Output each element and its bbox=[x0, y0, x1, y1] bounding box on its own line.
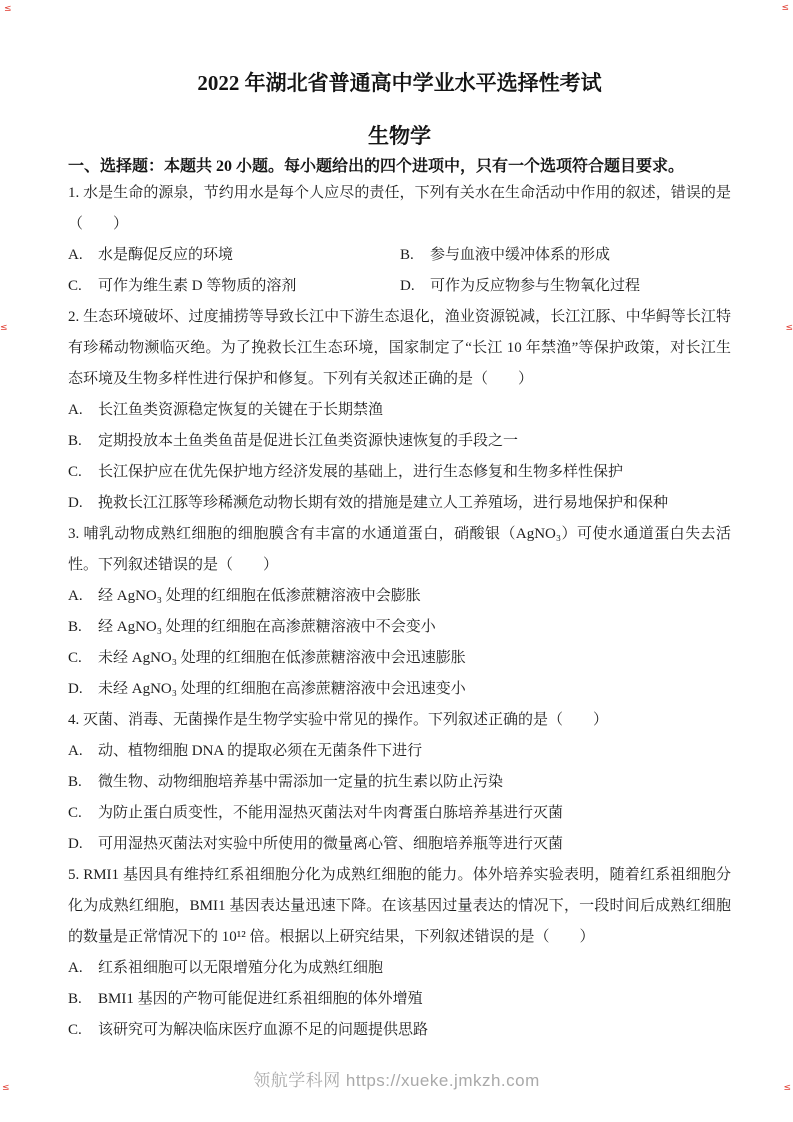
question-2: 2. 生态环境破坏、过度捕捞等导致长江中下游生态退化，渔业资源锐减，长江江豚、中… bbox=[68, 302, 731, 519]
exam-subject-title: 生物学 bbox=[68, 123, 731, 150]
question-4-options: A.动、植物细胞 DNA 的提取必须在无菌条件下进行 B.微生物、动物细胞培养基… bbox=[68, 736, 731, 860]
question-1-option-c: C.可作为维生素 D 等物质的溶剂 bbox=[68, 271, 400, 302]
option-label: B. bbox=[68, 612, 98, 643]
registration-mark-icon: ≤ bbox=[4, 5, 12, 14]
option-label: B. bbox=[400, 240, 430, 271]
question-2-option-d: D.挽救长江江豚等珍稀濒危动物长期有效的措施是建立人工养殖场，进行易地保护和保种 bbox=[68, 488, 731, 519]
option-text: 红系祖细胞可以无限增殖分化为成熟红细胞 bbox=[98, 953, 731, 984]
question-1-option-b: B.参与血液中缓冲体系的形成 bbox=[400, 240, 731, 271]
option-label: C. bbox=[68, 643, 98, 674]
option-label: D. bbox=[400, 271, 430, 302]
option-text: 该研究可为解决临床医疗血源不足的问题提供思路 bbox=[98, 1015, 731, 1046]
option-label: A. bbox=[68, 240, 98, 271]
option-text: 微生物、动物细胞培养基中需添加一定量的抗生素以防止污染 bbox=[98, 767, 731, 798]
question-4: 4. 灭菌、消毒、无菌操作是生物学实验中常见的操作。下列叙述正确的是（ ） A.… bbox=[68, 705, 731, 860]
option-text: 长江鱼类资源稳定恢复的关键在于长期禁渔 bbox=[98, 395, 731, 426]
question-2-option-b: B.定期投放本土鱼类鱼苗是促进长江鱼类资源快速恢复的手段之一 bbox=[68, 426, 731, 457]
question-1-option-a: A.水是酶促反应的环境 bbox=[68, 240, 400, 271]
registration-mark-icon: ≤ bbox=[781, 4, 789, 13]
option-label: C. bbox=[68, 1015, 98, 1046]
question-3-option-d: D.未经 AgNO₃ 处理的红细胞在高渗蔗糖溶液中会迅速变小 bbox=[68, 674, 731, 705]
option-text: 经 AgNO₃ 处理的红细胞在高渗蔗糖溶液中不会变小 bbox=[98, 612, 731, 643]
question-5-stem: 5. RMI1 基因具有维持红系祖细胞分化为成熟红细胞的能力。体外培养实验表明，… bbox=[68, 860, 731, 953]
question-5-option-b: B.BMI1 基因的产物可能促进红系祖细胞的体外增殖 bbox=[68, 984, 731, 1015]
option-label: B. bbox=[68, 767, 98, 798]
option-text: 可作为维生素 D 等物质的溶剂 bbox=[98, 271, 400, 302]
option-text: BMI1 基因的产物可能促进红系祖细胞的体外增殖 bbox=[98, 984, 731, 1015]
option-text: 未经 AgNO₃ 处理的红细胞在低渗蔗糖溶液中会迅速膨胀 bbox=[98, 643, 731, 674]
option-label: A. bbox=[68, 953, 98, 984]
option-text: 长江保护应在优先保护地方经济发展的基础上，进行生态修复和生物多样性保护 bbox=[98, 457, 731, 488]
option-label: D. bbox=[68, 674, 98, 705]
option-label: A. bbox=[68, 395, 98, 426]
question-2-stem: 2. 生态环境破坏、过度捕捞等导致长江中下游生态退化，渔业资源锐减，长江江豚、中… bbox=[68, 302, 731, 395]
registration-mark-icon: ≤ bbox=[785, 324, 793, 333]
question-3-option-a: A.经 AgNO₃ 处理的红细胞在低渗蔗糖溶液中会膨胀 bbox=[68, 581, 731, 612]
option-label: D. bbox=[68, 488, 98, 519]
option-label: B. bbox=[68, 426, 98, 457]
option-label: A. bbox=[68, 581, 98, 612]
option-label: A. bbox=[68, 736, 98, 767]
option-text: 动、植物细胞 DNA 的提取必须在无菌条件下进行 bbox=[98, 736, 731, 767]
exam-paper-page: ≤ ≤ ≤ ≤ ≤ ≤ 2022 年湖北省普通高中学业水平选择性考试 生物学 一… bbox=[0, 0, 793, 1122]
question-2-option-a: A.长江鱼类资源稳定恢复的关键在于长期禁渔 bbox=[68, 395, 731, 426]
question-1-options: A.水是酶促反应的环境 B.参与血液中缓冲体系的形成 C.可作为维生素 D 等物… bbox=[68, 240, 731, 302]
question-4-option-d: D.可用湿热灭菌法对实验中所使用的微量离心管、细胞培养瓶等进行灭菌 bbox=[68, 829, 731, 860]
question-5-options: A.红系祖细胞可以无限增殖分化为成熟红细胞 B.BMI1 基因的产物可能促进红系… bbox=[68, 953, 731, 1046]
option-text: 水是酶促反应的环境 bbox=[98, 240, 400, 271]
document-body: 2022 年湖北省普通高中学业水平选择性考试 生物学 一、选择题：本题共 20 … bbox=[68, 0, 731, 1046]
question-4-option-b: B.微生物、动物细胞培养基中需添加一定量的抗生素以防止污染 bbox=[68, 767, 731, 798]
question-3: 3. 哺乳动物成熟红细胞的细胞膜含有丰富的水通道蛋白，硝酸银（AgNO₃）可使水… bbox=[68, 519, 731, 705]
question-5: 5. RMI1 基因具有维持红系祖细胞分化为成熟红细胞的能力。体外培养实验表明，… bbox=[68, 860, 731, 1046]
option-text: 定期投放本土鱼类鱼苗是促进长江鱼类资源快速恢复的手段之一 bbox=[98, 426, 731, 457]
option-text: 为防止蛋白质变性，不能用湿热灭菌法对牛肉膏蛋白胨培养基进行灭菌 bbox=[98, 798, 731, 829]
question-5-option-a: A.红系祖细胞可以无限增殖分化为成熟红细胞 bbox=[68, 953, 731, 984]
option-text: 可用湿热灭菌法对实验中所使用的微量离心管、细胞培养瓶等进行灭菌 bbox=[98, 829, 731, 860]
option-label: C. bbox=[68, 457, 98, 488]
option-label: B. bbox=[68, 984, 98, 1015]
question-2-option-c: C.长江保护应在优先保护地方经济发展的基础上，进行生态修复和生物多样性保护 bbox=[68, 457, 731, 488]
registration-mark-icon: ≤ bbox=[0, 324, 8, 333]
option-text: 参与血液中缓冲体系的形成 bbox=[430, 240, 731, 271]
option-label: D. bbox=[68, 829, 98, 860]
question-3-option-c: C.未经 AgNO₃ 处理的红细胞在低渗蔗糖溶液中会迅速膨胀 bbox=[68, 643, 731, 674]
site-watermark: 领航学科网 https://xueke.jmkzh.com bbox=[0, 1066, 793, 1091]
question-3-option-b: B.经 AgNO₃ 处理的红细胞在高渗蔗糖溶液中不会变小 bbox=[68, 612, 731, 643]
option-text: 未经 AgNO₃ 处理的红细胞在高渗蔗糖溶液中会迅速变小 bbox=[98, 674, 731, 705]
option-text: 经 AgNO₃ 处理的红细胞在低渗蔗糖溶液中会膨胀 bbox=[98, 581, 731, 612]
question-4-option-a: A.动、植物细胞 DNA 的提取必须在无菌条件下进行 bbox=[68, 736, 731, 767]
question-2-options: A.长江鱼类资源稳定恢复的关键在于长期禁渔 B.定期投放本土鱼类鱼苗是促进长江鱼… bbox=[68, 395, 731, 519]
option-label: C. bbox=[68, 271, 98, 302]
question-1-stem: 1. 水是生命的源泉，节约用水是每个人应尽的责任，下列有关水在生命活动中作用的叙… bbox=[68, 178, 731, 240]
question-3-stem: 3. 哺乳动物成熟红细胞的细胞膜含有丰富的水通道蛋白，硝酸银（AgNO₃）可使水… bbox=[68, 519, 731, 581]
option-text: 挽救长江江豚等珍稀濒危动物长期有效的措施是建立人工养殖场，进行易地保护和保种 bbox=[98, 488, 731, 519]
question-5-option-c: C.该研究可为解决临床医疗血源不足的问题提供思路 bbox=[68, 1015, 731, 1046]
question-4-stem: 4. 灭菌、消毒、无菌操作是生物学实验中常见的操作。下列叙述正确的是（ ） bbox=[68, 705, 731, 736]
section-one-header: 一、选择题：本题共 20 小题。每小题给出的四个进项中，只有一个选项符合题目要求… bbox=[68, 156, 731, 178]
option-text: 可作为反应物参与生物氧化过程 bbox=[430, 271, 731, 302]
exam-title: 2022 年湖北省普通高中学业水平选择性考试 bbox=[68, 70, 731, 97]
question-1: 1. 水是生命的源泉，节约用水是每个人应尽的责任，下列有关水在生命活动中作用的叙… bbox=[68, 178, 731, 302]
question-3-options: A.经 AgNO₃ 处理的红细胞在低渗蔗糖溶液中会膨胀 B.经 AgNO₃ 处理… bbox=[68, 581, 731, 705]
question-4-option-c: C.为防止蛋白质变性，不能用湿热灭菌法对牛肉膏蛋白胨培养基进行灭菌 bbox=[68, 798, 731, 829]
question-1-option-d: D.可作为反应物参与生物氧化过程 bbox=[400, 271, 731, 302]
option-label: C. bbox=[68, 798, 98, 829]
